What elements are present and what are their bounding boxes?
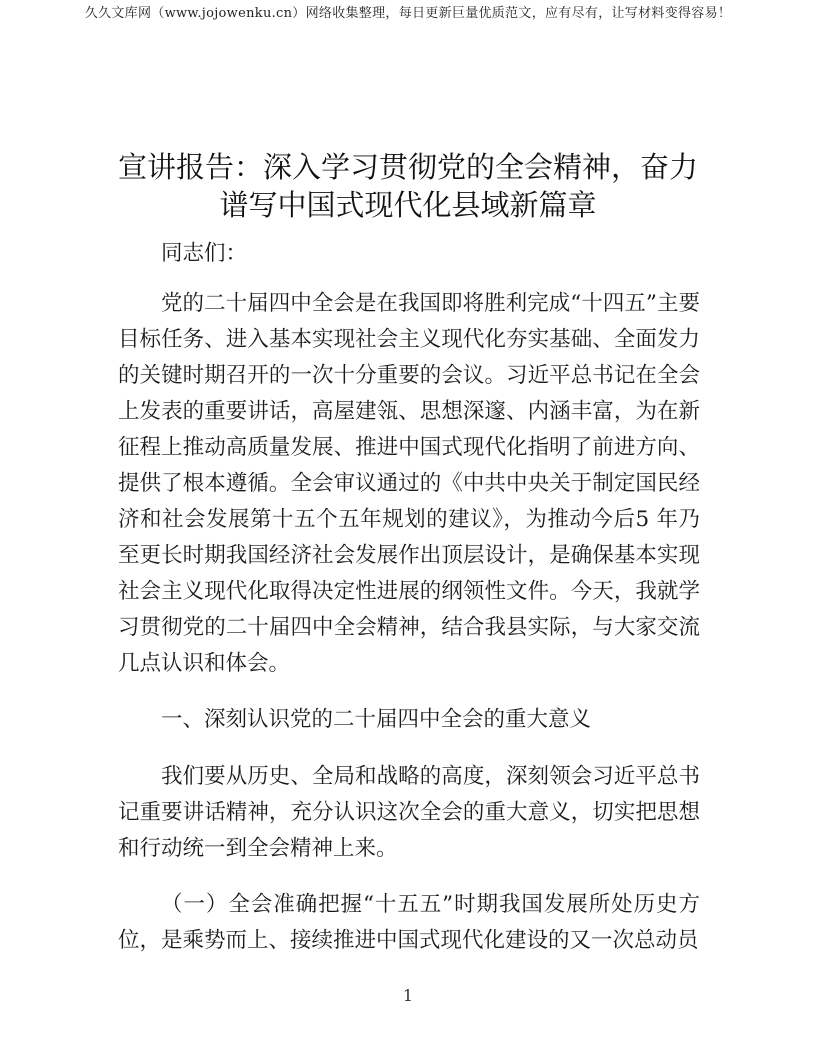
title-line-1: 宣讲报告：深入学习贯彻党的全会精神，奋力: [100, 148, 716, 186]
intro-paragraph-block: 党的二十届四中全会是在我国即将胜利完成“十四五”主要目标任务、进入基本实现社会主…: [118, 286, 700, 682]
page-number: 1: [0, 986, 816, 1005]
subsection-heading-1-block: （一）全会准确把握“十五五”时期我国发展所处历史方位，是乘势而上、接续推进中国式…: [118, 887, 700, 959]
section-heading-1: 一、深刻认识党的二十届四中全会的重大意义: [118, 702, 700, 738]
section-1-paragraph-block: 我们要从历史、全局和战略的高度，深刻领会习近平总书记重要讲话精神，充分认识这次全…: [118, 759, 700, 867]
section-1-paragraph: 我们要从历史、全局和战略的高度，深刻领会习近平总书记重要讲话精神，充分认识这次全…: [118, 759, 700, 867]
intro-paragraph: 党的二十届四中全会是在我国即将胜利完成“十四五”主要目标任务、进入基本实现社会主…: [118, 286, 700, 682]
title-line-2: 谱写中国式现代化县域新篇章: [100, 186, 716, 224]
section-heading-1-block: 一、深刻认识党的二十届四中全会的重大意义: [118, 702, 700, 738]
greeting: 同志们：: [118, 236, 700, 272]
site-watermark-header: 久久文库网（www.jojowenku.cn）网络收集整理，每日更新巨量优质范文…: [0, 2, 816, 21]
greeting-block: 同志们：: [118, 236, 700, 272]
subsection-heading-1: （一）全会准确把握“十五五”时期我国发展所处历史方位，是乘势而上、接续推进中国式…: [118, 887, 700, 959]
document-title: 宣讲报告：深入学习贯彻党的全会精神，奋力 谱写中国式现代化县域新篇章: [100, 148, 716, 224]
